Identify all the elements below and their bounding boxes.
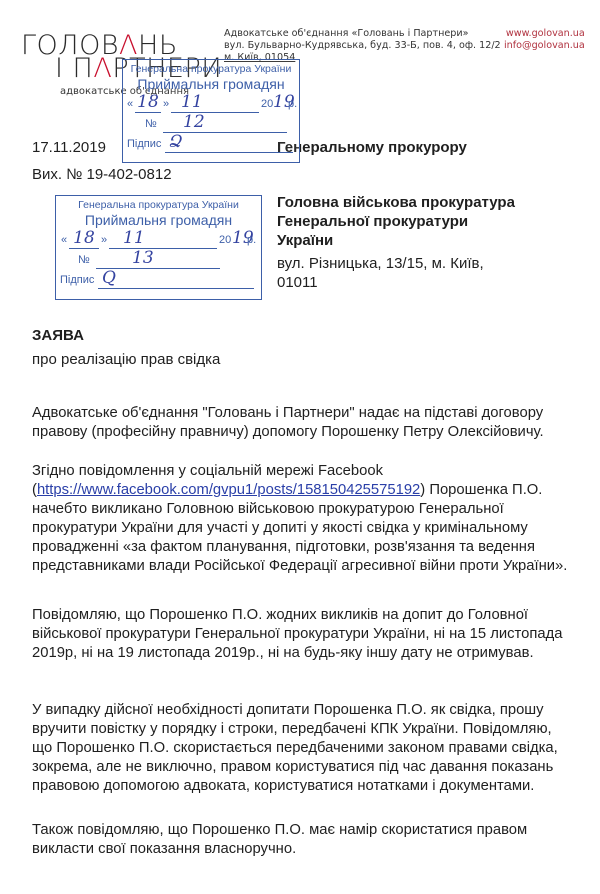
- outgoing-number: Вих. № 19-402-0812: [32, 166, 172, 183]
- recipient-address: вул. Різницька, 13/15, м. Київ, 01011: [277, 254, 567, 292]
- recipient-org-line: Генеральної прокуратури: [277, 212, 567, 231]
- website-link[interactable]: www.golovan.ua: [504, 28, 585, 40]
- stamp-dept: Приймальня громадян: [123, 76, 299, 92]
- paragraph-written-testimony: Також повідомляю, що Порошенко П.О. має …: [32, 821, 572, 859]
- paragraph-legal-assistance: Адвокатське об'єднання "Головань і Партн…: [32, 404, 572, 442]
- recipient-title: Генеральному прокурору: [277, 139, 467, 156]
- stamp-year-suffix: р.: [288, 98, 297, 110]
- letter-date: 17.11.2019: [32, 139, 106, 156]
- logo-text: І П: [55, 53, 93, 84]
- email-link[interactable]: info@golovan.ua: [504, 40, 585, 52]
- address-line: вул. Різницька, 13/15, м. Київ,: [277, 254, 567, 273]
- stamp-year-suffix: р.: [247, 234, 256, 246]
- stamp-number-label: №: [78, 254, 90, 266]
- stamp-number-row: № 12: [123, 114, 299, 134]
- document-subtitle: про реалізацію прав свідка: [32, 351, 220, 368]
- stamp-org: Генеральна прокуратура України: [56, 199, 261, 211]
- stamp-signature-label: Підпис: [127, 138, 161, 150]
- facebook-post-link[interactable]: https://www.facebook.com/gvpu1/posts/158…: [37, 482, 420, 498]
- stamp-signature-label: Підпис: [60, 274, 94, 286]
- stamp-signature-row: Підпис Q: [56, 270, 261, 290]
- stamp-month: 11: [109, 228, 217, 249]
- stamp-number: 12: [163, 112, 287, 133]
- reception-stamp-1: Генеральна прокуратура України Приймальн…: [122, 59, 300, 163]
- stamp-dept: Приймальня громадян: [56, 212, 261, 228]
- stamp-org: Генеральна прокуратура України: [123, 63, 299, 75]
- stamp-number-label: №: [145, 118, 157, 130]
- recipient-org-line: Головна військова прокуратура: [277, 193, 567, 212]
- paragraph-witness-rights: У випадку дійсної необхідності допитати …: [32, 701, 572, 796]
- logo-accent-icon: Λ: [93, 53, 112, 84]
- paragraph-no-summons: Повідомляю, що Порошенко П.О. жодних вик…: [32, 606, 572, 663]
- stamp-number: 13: [96, 248, 220, 269]
- stamp-date-row: « 18 » 11 20 19 р.: [56, 230, 261, 250]
- stamp-month: 11: [171, 92, 259, 113]
- stamp-number-row: № 13: [56, 250, 261, 270]
- stamp-day: 18: [69, 228, 99, 249]
- letterhead-contacts: www.golovan.ua info@golovan.ua: [504, 28, 585, 52]
- org-name: Адвокатське об'єднання «Головань і Партн…: [224, 28, 501, 40]
- stamp-signature: Q: [98, 268, 254, 289]
- recipient-organization: Головна військова прокуратура Генерально…: [277, 193, 567, 250]
- address-line: 01011: [277, 273, 567, 292]
- stamp-year-prefix: 20: [219, 234, 231, 246]
- document-title: ЗАЯВА: [32, 327, 84, 344]
- stamp-year-prefix: 20: [261, 98, 273, 110]
- recipient-org-line: України: [277, 231, 567, 250]
- org-street: вул. Бульварно-Кудрявська, буд. 33-Б, по…: [224, 40, 501, 52]
- paragraph-facebook-notice: Згідно повідомлення у соціальній мережі …: [32, 462, 572, 576]
- stamp-signature: Ձ: [165, 132, 293, 153]
- reception-stamp-2: Генеральна прокуратура України Приймальн…: [55, 195, 262, 300]
- stamp-date-row: « 18 » 11 20 19 р.: [123, 94, 299, 114]
- stamp-signature-row: Підпис Ձ: [123, 134, 299, 154]
- stamp-day: 18: [135, 92, 161, 113]
